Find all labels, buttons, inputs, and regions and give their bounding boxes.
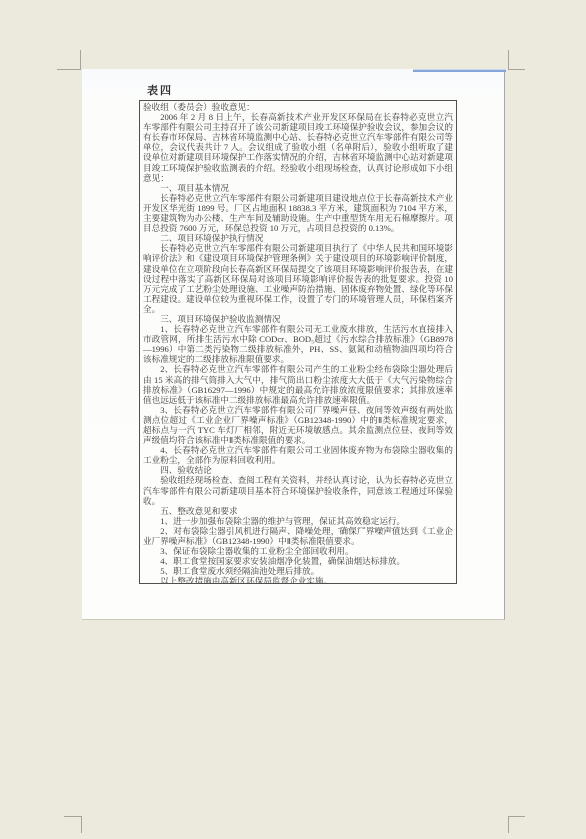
text-boundary-mark-top-right-vertical [508,50,509,70]
text-boundary-mark-top-right-horizontal [508,69,525,70]
form-label: 表四 [147,82,173,98]
table-paragraph: 五、整改意见和要求 [143,506,453,516]
table-paragraph: 一、项目基本情况 [143,183,453,193]
blue-edge-line [413,69,506,72]
table-paragraph: 三、项目环境保护验收监测情况 [143,314,453,324]
table-paragraph: 四、验收结论 [143,465,453,475]
table-paragraph: 验收组经现场检查、查阅工程有关资料，并经认真讨论，认为长春特必克世立汽车零部件有… [143,475,453,505]
text-boundary-mark-bottom-left-vertical [81,816,82,833]
scan-artifact-dashes [338,528,404,529]
table-paragraph: 1、进一步加强布袋除尘器的维护与管理，保证其高效稳定运行。 [143,516,453,526]
scanned-page-image: 表四 验收组（委员会）验收意见： 2006 年 2 月 8 日上午，长春高新技术… [82,69,505,620]
table-paragraph: 3、长春特必克世立汽车零部件有限公司厂界噪声昼、夜间等效声级有两处监测点位超过《… [143,405,453,445]
text-boundary-mark-top-left-vertical [80,50,81,70]
table-paragraph: 长春特必克世立汽车零部件有限公司新建项目建设地点位于长春高新技术产业开发区华光街… [143,193,453,233]
table-paragraph: 5、职工食堂废水须经隔油池处理后排放。 [143,566,453,576]
table-paragraph: 2、长春特必克世立汽车零部件有限公司产生的工业粉尘经布袋除尘器处理后由 15 米… [143,364,453,404]
acceptance-opinion-table: 验收组（委员会）验收意见： 2006 年 2 月 8 日上午，长春高新技术产业开… [139,100,457,584]
table-paragraph: 4、职工食堂按国家要求安装油烟净化装置，确保油烟达标排放。 [143,556,453,566]
table-paragraph: 2006 年 2 月 8 日上午，长春高新技术产业开发区环保局在长春特必克世立汽… [143,112,453,183]
text-boundary-mark-top-left-horizontal [57,69,80,70]
table-body: 2006 年 2 月 8 日上午，长春高新技术产业开发区环保局在长春特必克世立汽… [143,112,453,584]
text-boundary-mark-bottom-right-vertical [508,816,509,833]
table-paragraph: 以上整改措施由高新区环保局监督企业实施。 [143,576,453,584]
table-paragraph: 3、保证布袋除尘器收集的工业粉尘全部回收利用。 [143,546,453,556]
table-paragraph: 2、对布袋除尘器引风机进行隔声、降噪处理，确保厂界噪声值达到《工业企业厂界噪声标… [143,526,453,546]
table-paragraph: 二、项目环境保护执行情况 [143,233,453,243]
table-paragraph: 1、长春特必克世立汽车零部件有限公司无工业废水排放，生活污水直接排入市政管网，所… [143,324,453,364]
document-canvas: 表四 验收组（委员会）验收意见： 2006 年 2 月 8 日上午，长春高新技术… [0,0,586,839]
text-boundary-mark-bottom-right-horizontal [508,816,525,817]
text-boundary-mark-bottom-left-horizontal [64,816,81,817]
table-paragraph: 4、长春特必克世立汽车零部件有限公司工业固体废弃物为布袋除尘器收集的工业粉尘，全… [143,445,453,465]
table-header-line: 验收组（委员会）验收意见： [143,102,453,112]
table-paragraph: 长春特必克世立汽车零部件有限公司新建项目执行了《中华人民共和国环境影响评价法》和… [143,243,453,314]
